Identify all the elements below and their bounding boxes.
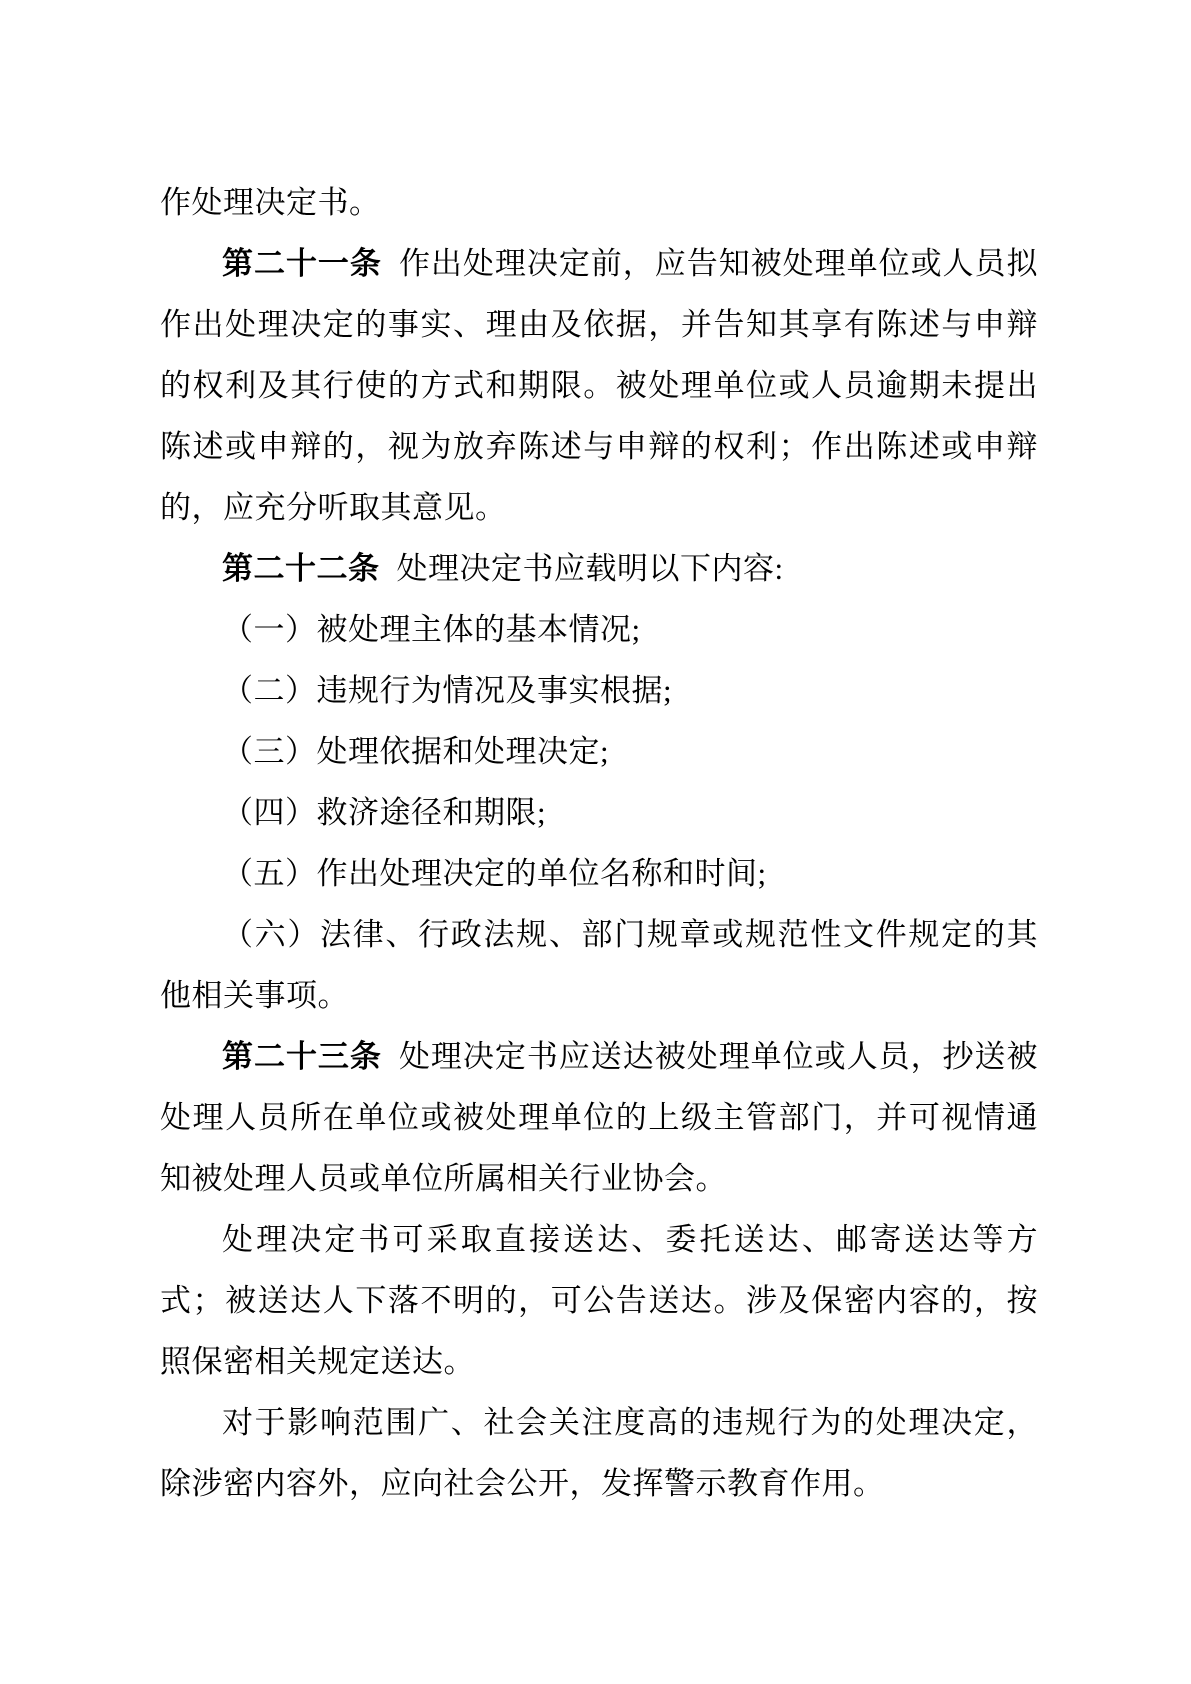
article-23-label: 第二十三条 bbox=[222, 1039, 382, 1074]
continuation-paragraph: 作处理决定书。 bbox=[160, 172, 1038, 233]
list-item-3: （三）处理依据和处理决定; bbox=[160, 721, 1038, 782]
article-21-text: 作出处理决定前，应告知被处理单位或人员拟作出处理决定的事实、理由及依据，并告知其… bbox=[160, 246, 1038, 525]
document-page: 作处理决定书。 第二十一条作出处理决定前，应告知被处理单位或人员拟作出处理决定的… bbox=[0, 0, 1191, 1684]
publicity-paragraph: 对于影响范围广、社会关注度高的违规行为的处理决定，除涉密内容外，应向社会公开，发… bbox=[160, 1392, 1038, 1514]
article-21-label: 第二十一条 bbox=[222, 246, 382, 281]
list-item-6: （六）法律、行政法规、部门规章或规范性文件规定的其他相关事项。 bbox=[160, 904, 1038, 1026]
list-item-1: （一）被处理主体的基本情况; bbox=[160, 599, 1038, 660]
article-23-paragraph: 第二十三条处理决定书应送达被处理单位或人员，抄送被处理人员所在单位或被处理单位的… bbox=[160, 1026, 1038, 1209]
list-item-2: （二）违规行为情况及事实根据; bbox=[160, 660, 1038, 721]
list-item-4: （四）救济途径和期限; bbox=[160, 782, 1038, 843]
article-22-paragraph: 第二十二条处理决定书应载明以下内容: bbox=[160, 538, 1038, 599]
article-22-text: 处理决定书应载明以下内容: bbox=[397, 551, 784, 586]
document-body: 作处理决定书。 第二十一条作出处理决定前，应告知被处理单位或人员拟作出处理决定的… bbox=[160, 172, 1038, 1514]
article-22-label: 第二十二条 bbox=[222, 551, 380, 586]
article-21-paragraph: 第二十一条作出处理决定前，应告知被处理单位或人员拟作出处理决定的事实、理由及依据… bbox=[160, 233, 1038, 538]
delivery-paragraph: 处理决定书可采取直接送达、委托送达、邮寄送达等方式；被送达人下落不明的，可公告送… bbox=[160, 1209, 1038, 1392]
list-item-5: （五）作出处理决定的单位名称和时间; bbox=[160, 843, 1038, 904]
